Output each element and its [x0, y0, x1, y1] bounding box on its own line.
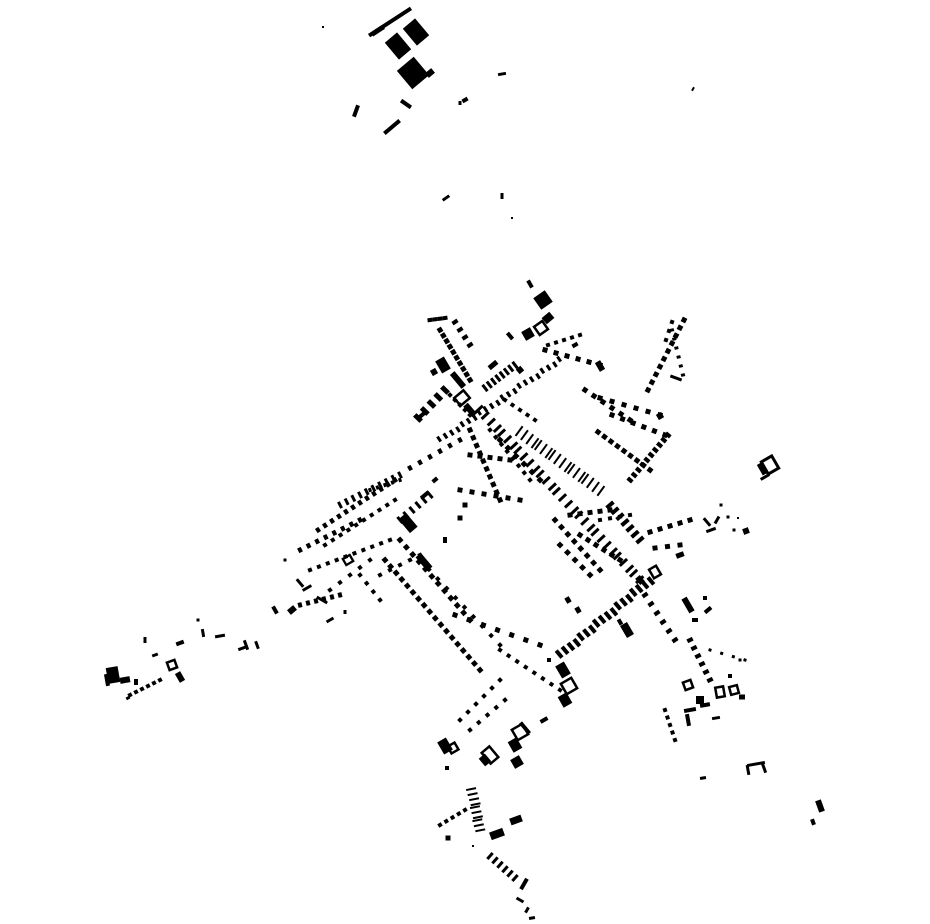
- building: [467, 727, 473, 733]
- building: [677, 324, 684, 331]
- building: [451, 319, 458, 326]
- building: [151, 680, 156, 685]
- building: [815, 799, 825, 812]
- building: [731, 655, 735, 659]
- building: [469, 489, 475, 495]
- building-courtyard: [729, 685, 739, 695]
- building: [665, 628, 672, 635]
- building: [511, 874, 519, 882]
- building: [144, 637, 147, 643]
- building: [631, 472, 638, 479]
- building: [465, 709, 471, 715]
- building: [473, 442, 480, 449]
- building: [508, 632, 514, 638]
- building: [597, 485, 606, 496]
- building: [510, 402, 516, 408]
- building: [456, 326, 463, 333]
- building: [364, 581, 370, 587]
- building: [519, 878, 528, 890]
- building: [556, 541, 563, 548]
- building: [516, 897, 524, 904]
- building: [523, 664, 529, 670]
- building: [467, 377, 474, 384]
- figure-ground-map: [0, 0, 930, 924]
- building: [608, 438, 615, 445]
- building: [595, 360, 605, 372]
- building: [524, 907, 530, 914]
- building: [387, 537, 392, 542]
- building: [521, 470, 527, 476]
- building: [477, 453, 483, 459]
- building: [702, 669, 709, 675]
- building: [400, 99, 412, 109]
- building: [466, 418, 472, 425]
- building: [431, 477, 438, 484]
- building: [379, 541, 384, 546]
- building: [396, 536, 403, 543]
- building: [694, 653, 701, 659]
- building: [742, 527, 750, 535]
- building: [469, 797, 479, 801]
- building: [430, 368, 438, 376]
- building: [322, 542, 328, 548]
- building: [496, 861, 504, 869]
- building: [609, 398, 615, 404]
- building: [323, 534, 329, 540]
- building-footprints: [0, 0, 930, 924]
- building: [460, 365, 467, 372]
- building: [577, 332, 582, 337]
- building: [427, 399, 437, 409]
- building: [681, 597, 694, 614]
- building: [357, 572, 363, 578]
- building: [331, 530, 337, 536]
- building: [449, 429, 455, 436]
- building: [458, 516, 463, 521]
- building: [349, 521, 355, 527]
- building: [495, 399, 501, 406]
- building: [525, 412, 531, 418]
- building: [585, 537, 592, 544]
- building-courtyard: [448, 743, 459, 754]
- building: [586, 359, 592, 365]
- building: [369, 512, 375, 518]
- building: [475, 828, 485, 832]
- building: [551, 516, 558, 523]
- building: [215, 634, 225, 639]
- building: [727, 516, 730, 519]
- building: [733, 529, 736, 532]
- building: [367, 557, 373, 563]
- building: [435, 576, 441, 582]
- building: [490, 377, 497, 385]
- building: [133, 689, 138, 694]
- building: [357, 500, 363, 506]
- building: [157, 677, 162, 682]
- building: [432, 615, 439, 622]
- building: [152, 653, 159, 658]
- building: [357, 565, 363, 571]
- building: [398, 478, 402, 483]
- building: [497, 647, 503, 653]
- building: [454, 641, 461, 648]
- building: [322, 26, 324, 28]
- building: [346, 527, 352, 533]
- building-courtyard: [561, 678, 577, 694]
- building: [558, 458, 567, 469]
- building: [337, 580, 343, 586]
- building: [533, 290, 552, 309]
- building: [743, 658, 747, 662]
- building: [501, 865, 509, 873]
- building: [461, 334, 468, 341]
- building: [558, 524, 565, 531]
- building: [450, 815, 455, 820]
- building: [393, 569, 400, 576]
- building: [643, 457, 650, 464]
- building: [340, 525, 346, 531]
- building: [409, 551, 416, 558]
- building: [669, 319, 674, 324]
- building: [510, 755, 524, 769]
- building: [681, 317, 688, 324]
- building: [564, 549, 571, 556]
- building: [651, 428, 657, 434]
- building: [547, 658, 551, 662]
- building: [353, 522, 359, 528]
- building: [686, 637, 693, 643]
- building: [620, 518, 629, 527]
- building-courtyard: [167, 660, 177, 670]
- building: [494, 374, 501, 382]
- building: [347, 572, 353, 578]
- building: [201, 629, 205, 637]
- building: [481, 411, 490, 420]
- building: [488, 633, 494, 639]
- building: [537, 642, 543, 648]
- building: [601, 433, 608, 440]
- building: [597, 508, 603, 514]
- building: [621, 402, 627, 408]
- building: [564, 596, 571, 604]
- building: [305, 600, 310, 606]
- building: [525, 434, 534, 445]
- building: [720, 504, 723, 507]
- building: [489, 403, 495, 410]
- building: [648, 452, 655, 459]
- building: [619, 597, 628, 606]
- building: [457, 360, 464, 367]
- building: [657, 526, 663, 532]
- building: [417, 459, 423, 465]
- building: [639, 462, 646, 469]
- building: [561, 337, 566, 342]
- building: [529, 376, 535, 383]
- building: [714, 516, 721, 524]
- building: [571, 556, 578, 563]
- building: [466, 617, 472, 623]
- building: [466, 342, 473, 349]
- building: [618, 514, 623, 519]
- building: [460, 609, 467, 616]
- building: [427, 454, 433, 460]
- building: [314, 538, 320, 544]
- building: [676, 355, 681, 359]
- building: [665, 715, 670, 720]
- building: [501, 193, 504, 199]
- building: [409, 589, 416, 596]
- building: [712, 716, 720, 720]
- building: [517, 407, 523, 413]
- building: [307, 567, 312, 572]
- building: [634, 457, 641, 464]
- building: [486, 852, 494, 860]
- building-courtyard: [649, 566, 661, 579]
- building: [470, 434, 477, 441]
- building: [487, 418, 496, 427]
- building: [443, 433, 449, 440]
- building: [519, 452, 528, 461]
- building: [488, 360, 499, 370]
- building: [459, 101, 462, 105]
- building: [447, 343, 454, 350]
- building: [511, 217, 513, 219]
- building: [498, 72, 506, 76]
- building: [397, 562, 402, 567]
- building: [674, 346, 679, 350]
- building: [326, 617, 334, 624]
- building: [415, 595, 422, 602]
- building: [322, 522, 328, 528]
- building: [516, 463, 522, 469]
- building: [407, 465, 413, 471]
- building: [485, 712, 491, 718]
- building: [517, 497, 523, 503]
- building: [567, 512, 573, 518]
- building: [579, 564, 586, 571]
- building: [343, 509, 349, 515]
- building: [652, 447, 659, 454]
- building: [385, 32, 411, 59]
- building: [403, 544, 410, 551]
- building: [511, 361, 518, 369]
- building: [564, 500, 573, 509]
- building: [370, 544, 375, 549]
- building: [586, 571, 593, 578]
- building: [414, 501, 421, 509]
- building: [635, 467, 642, 474]
- building: [489, 828, 505, 840]
- building: [588, 624, 597, 633]
- building: [329, 518, 335, 524]
- building: [590, 559, 597, 566]
- building: [553, 454, 562, 465]
- building: [535, 373, 541, 380]
- building: [445, 766, 449, 770]
- building: [297, 547, 303, 553]
- building: [761, 763, 767, 773]
- building: [453, 595, 459, 601]
- building: [444, 819, 449, 824]
- building: [442, 194, 450, 201]
- building: [437, 327, 444, 334]
- building: [483, 466, 490, 473]
- building: [633, 405, 639, 411]
- building: [512, 388, 518, 395]
- building: [306, 543, 312, 549]
- building: [254, 641, 260, 650]
- building: [540, 676, 546, 682]
- building: [490, 481, 497, 488]
- building: [515, 426, 524, 437]
- building: [566, 642, 575, 651]
- building: [681, 373, 686, 377]
- building: [575, 356, 581, 362]
- building: [677, 542, 683, 548]
- building: [635, 536, 644, 545]
- building: [436, 436, 442, 443]
- building: [287, 605, 297, 615]
- building: [552, 361, 558, 368]
- building: [670, 328, 675, 332]
- building: [564, 353, 570, 359]
- building: [120, 676, 131, 684]
- building: [487, 473, 494, 480]
- building: [361, 547, 366, 552]
- building: [706, 527, 716, 533]
- building: [691, 87, 695, 91]
- building: [708, 648, 712, 652]
- building: [685, 714, 691, 727]
- building: [337, 501, 343, 509]
- building: [580, 517, 589, 526]
- building: [669, 340, 676, 347]
- building: [679, 364, 684, 368]
- building: [665, 348, 672, 355]
- building: [352, 551, 357, 556]
- building: [471, 660, 478, 667]
- building: [452, 612, 458, 618]
- building: [327, 587, 333, 593]
- building: [338, 532, 344, 538]
- building: [684, 707, 697, 713]
- building: [598, 615, 607, 624]
- building: [455, 426, 461, 433]
- building: [540, 716, 549, 723]
- building: [316, 564, 321, 569]
- building: [443, 338, 450, 345]
- building: [466, 787, 476, 791]
- building: [574, 606, 581, 614]
- building: [467, 792, 477, 796]
- building: [315, 527, 321, 533]
- building: [457, 717, 463, 723]
- building: [486, 381, 493, 389]
- building: [437, 621, 444, 628]
- building: [134, 679, 138, 685]
- building: [499, 371, 506, 379]
- building: [645, 387, 652, 394]
- building: [476, 720, 482, 726]
- building: [614, 443, 621, 450]
- building: [514, 659, 520, 665]
- building: [569, 335, 574, 340]
- building: [564, 531, 571, 538]
- building: [197, 619, 200, 622]
- building: [647, 467, 654, 474]
- building: [520, 430, 529, 441]
- building: [465, 654, 472, 661]
- building: [476, 666, 483, 673]
- building: [609, 405, 616, 412]
- building: [497, 456, 503, 462]
- building: [175, 671, 185, 683]
- building: [407, 557, 412, 562]
- building: [383, 119, 401, 135]
- building: [635, 584, 644, 593]
- building: [653, 610, 660, 617]
- building: [433, 392, 443, 402]
- building: [271, 606, 278, 615]
- building: [698, 661, 705, 667]
- building: [549, 682, 555, 688]
- building: [481, 491, 487, 497]
- building: [459, 421, 465, 428]
- building: [630, 530, 639, 539]
- building: [621, 448, 628, 455]
- building: [502, 697, 508, 703]
- building: [447, 442, 453, 448]
- building: [453, 354, 460, 361]
- building: [403, 18, 429, 45]
- building: [330, 537, 336, 543]
- building: [384, 502, 390, 508]
- building: [352, 105, 360, 118]
- building: [443, 628, 450, 635]
- building: [539, 444, 548, 455]
- building: [427, 318, 432, 323]
- building: [649, 379, 656, 386]
- building: [596, 566, 603, 573]
- building: [656, 412, 664, 420]
- building: [506, 391, 512, 398]
- building: [467, 452, 473, 458]
- building: [368, 488, 372, 493]
- building: [440, 332, 447, 339]
- building: [497, 677, 503, 683]
- building: [462, 604, 468, 610]
- building: [598, 518, 603, 523]
- building: [463, 503, 468, 508]
- building: [377, 572, 382, 577]
- building: [613, 601, 622, 610]
- building: [526, 280, 533, 289]
- building: [145, 683, 150, 688]
- building: [493, 493, 499, 499]
- building: [672, 337, 677, 341]
- building: [687, 517, 693, 523]
- building: [491, 856, 499, 864]
- building: [647, 529, 653, 535]
- building: [344, 498, 350, 506]
- building: [462, 807, 467, 812]
- building: [609, 412, 615, 418]
- building: [558, 692, 573, 707]
- building: [437, 316, 442, 321]
- building: [397, 57, 429, 90]
- building: [586, 477, 595, 488]
- building: [656, 442, 663, 449]
